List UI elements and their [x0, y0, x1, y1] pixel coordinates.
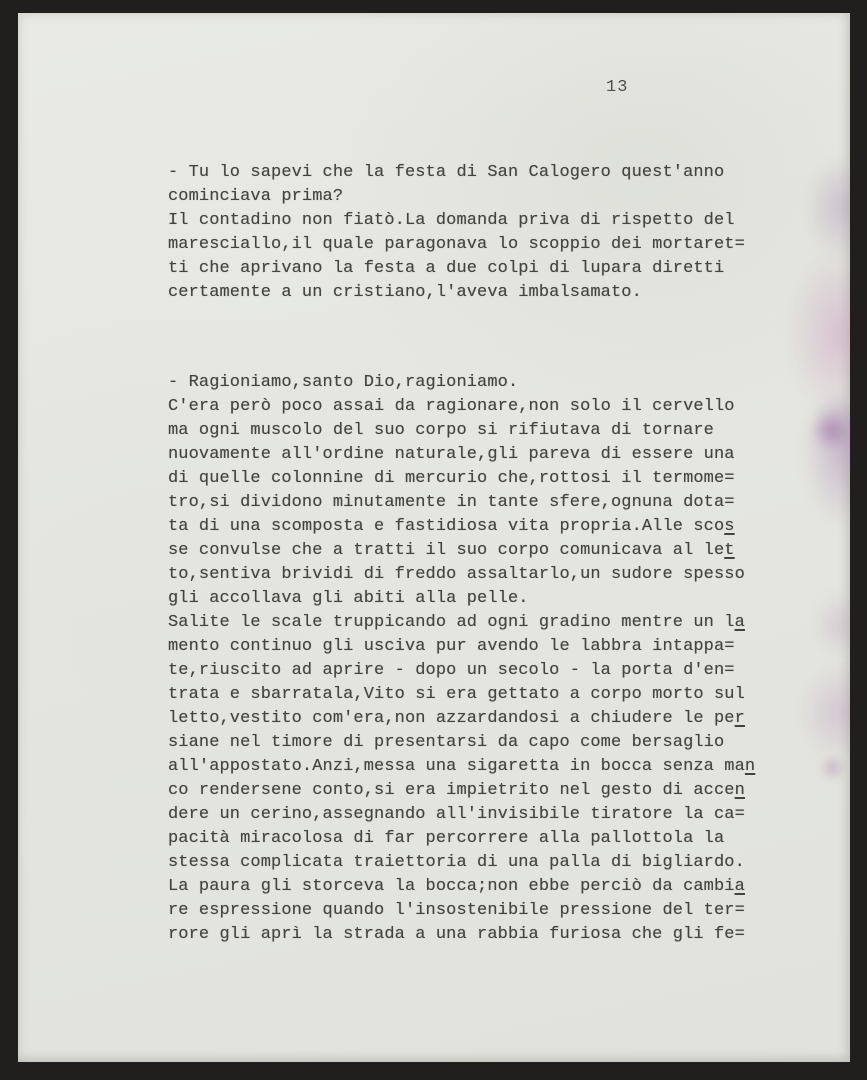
underlined-letter: t [724, 541, 734, 560]
text-line: to,sentiva brividi di freddo assaltarlo,… [168, 563, 755, 587]
underlined-letter: a [735, 613, 745, 632]
text-line: La paura gli storceva la bocca;non ebbe … [168, 875, 755, 899]
text-segment: maresciallo,il quale paragonava lo scopp… [168, 235, 745, 254]
typewritten-page: 13 - Tu lo sapevi che la festa di San Ca… [18, 13, 850, 1062]
text-line: letto,vestito com'era,non azzardandosi a… [168, 707, 755, 731]
text-segment: La paura gli storceva la bocca;non ebbe … [168, 877, 735, 896]
text-line: dere un cerino,assegnando all'invisibile… [168, 803, 755, 827]
text-segment: rore gli aprì la strada a una rabbia fur… [168, 925, 745, 944]
text-segment: letto,vestito com'era,non azzardandosi a… [168, 709, 735, 728]
text-segment: dere un cerino,assegnando all'invisibile… [168, 805, 745, 824]
text-line: - Ragioniamo,santo Dio,ragioniamo. [168, 371, 755, 395]
text-line: gli accollava gli abiti alla pelle. [168, 587, 755, 611]
ink-stain [812, 407, 850, 453]
text-segment: ma ogni muscolo del suo corpo si rifiuta… [168, 421, 714, 440]
text-line: maresciallo,il quale paragonava lo scopp… [168, 233, 745, 257]
text-line: ma ogni muscolo del suo corpo si rifiuta… [168, 419, 755, 443]
ink-stain [814, 591, 850, 659]
ink-stain [798, 661, 850, 763]
text-line: mento continuo gli usciva pur avendo le … [168, 635, 755, 659]
paragraph-ragioniamo: - Ragioniamo,santo Dio,ragioniamo.C'era … [168, 371, 755, 947]
text-segment: te,riuscito ad aprire - dopo un secolo -… [168, 661, 735, 680]
text-segment: Il contadino non fiatò.La domanda priva … [168, 211, 735, 230]
text-segment: gli accollava gli abiti alla pelle. [168, 589, 529, 608]
text-segment: se convulse che a tratti il suo corpo co… [168, 541, 724, 560]
text-line: Il contadino non fiatò.La domanda priva … [168, 209, 745, 233]
text-segment: stessa complicata traiettoria di una pal… [168, 853, 745, 872]
text-segment: nuovamente all'ordine naturale,gli parev… [168, 445, 735, 464]
text-segment: pacità miracolosa di far percorrere alla… [168, 829, 724, 848]
underlined-letter: n [735, 781, 745, 800]
text-line: ta di una scomposta e fastidiosa vita pr… [168, 515, 755, 539]
text-segment: mento continuo gli usciva pur avendo le … [168, 637, 735, 656]
text-line: C'era però poco assai da ragionare,non s… [168, 395, 755, 419]
ink-stain [806, 163, 850, 263]
text-segment: ta di una scomposta e fastidiosa vita pr… [168, 517, 724, 536]
underlined-letter: a [735, 877, 745, 896]
text-segment: cominciava prima? [168, 187, 343, 206]
underlined-letter: r [735, 709, 745, 728]
underlined-letter: s [724, 517, 734, 536]
text-line: Salite le scale truppicando ad ogni grad… [168, 611, 755, 635]
text-line: certamente a un cristiano,l'aveva imbals… [168, 281, 745, 305]
text-segment: to,sentiva brividi di freddo assaltarlo,… [168, 565, 745, 584]
text-line: cominciava prima? [168, 185, 745, 209]
text-line: - Tu lo sapevi che la festa di San Calog… [168, 161, 745, 185]
text-segment: C'era però poco assai da ragionare,non s… [168, 397, 735, 416]
page-number: 13 [606, 76, 628, 100]
text-segment: di quelle colonnine di mercurio che,rott… [168, 469, 735, 488]
text-line: all'appostato.Anzi,messa una sigaretta i… [168, 755, 755, 779]
text-segment: all'appostato.Anzi,messa una sigaretta i… [168, 757, 745, 776]
text-segment: - Ragioniamo,santo Dio,ragioniamo. [168, 373, 518, 392]
text-segment: - Tu lo sapevi che la festa di San Calog… [168, 163, 724, 182]
text-line: siane nel timore di presentarsi da capo … [168, 731, 755, 755]
paragraph-dialogue-san-calogero: - Tu lo sapevi che la festa di San Calog… [168, 161, 745, 305]
text-line: ti che aprivano la festa a due colpi di … [168, 257, 745, 281]
text-line: nuovamente all'ordine naturale,gli parev… [168, 443, 755, 467]
ink-stain [788, 249, 850, 417]
text-line: pacità miracolosa di far percorrere alla… [168, 827, 755, 851]
text-line: re espressione quando l'insostenibile pr… [168, 899, 755, 923]
text-segment: certamente a un cristiano,l'aveva imbals… [168, 283, 642, 302]
text-line: te,riuscito ad aprire - dopo un secolo -… [168, 659, 755, 683]
text-segment: ti che aprivano la festa a due colpi di … [168, 259, 724, 278]
text-line: co rendersene conto,si era impietrito ne… [168, 779, 755, 803]
text-segment: tro,si dividono minutamente in tante sfe… [168, 493, 735, 512]
text-line: tro,si dividono minutamente in tante sfe… [168, 491, 755, 515]
text-segment: co rendersene conto,si era impietrito ne… [168, 781, 735, 800]
text-line: stessa complicata traiettoria di una pal… [168, 851, 755, 875]
text-segment: trata e sbarratala,Vito si era gettato a… [168, 685, 745, 704]
text-segment: re espressione quando l'insostenibile pr… [168, 901, 745, 920]
text-line: se convulse che a tratti il suo corpo co… [168, 539, 755, 563]
ink-stain [820, 753, 846, 783]
text-line: rore gli aprì la strada a una rabbia fur… [168, 923, 755, 947]
text-segment: siane nel timore di presentarsi da capo … [168, 733, 724, 752]
text-segment: Salite le scale truppicando ad ogni grad… [168, 613, 735, 632]
text-line: trata e sbarratala,Vito si era gettato a… [168, 683, 755, 707]
underlined-letter: n [745, 757, 755, 776]
text-line: di quelle colonnine di mercurio che,rott… [168, 467, 755, 491]
